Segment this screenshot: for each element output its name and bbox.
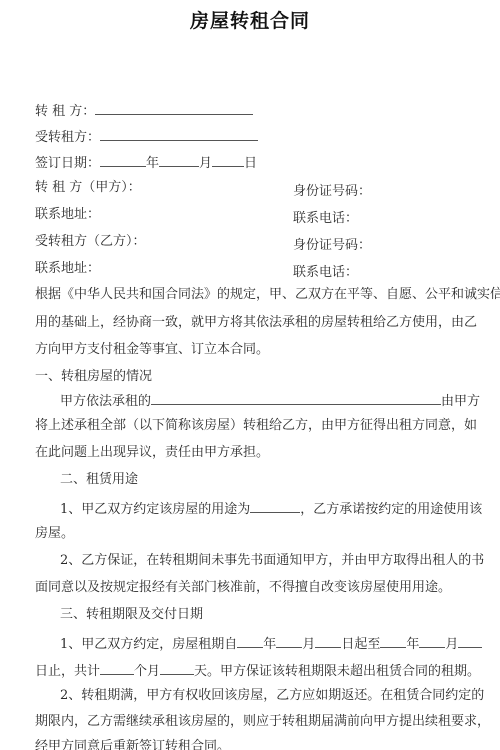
section-1-heading: 一、转租房屋的情况 — [35, 369, 152, 385]
party-b-id-label: 身份证号码： — [293, 234, 371, 253]
section-1-line-2: 将上述承租全部（以下简称该房屋）转租给乙方，由甲方征得出租方同意，如 — [35, 418, 477, 434]
section-2-heading: 二、租赁用途 — [60, 472, 138, 488]
section-3-item-1-line-2: 日止，共计个月天。甲方保证该转租期限未超出租赁合同的租期。 — [35, 661, 480, 680]
month-label: 月 — [302, 637, 315, 652]
start-day-blank[interactable] — [315, 634, 341, 648]
section-2-item-2-line-2: 面同意以及按规定报经有关部门核准前，不得擅自改变该房屋使用用途。 — [35, 580, 451, 596]
sublessee-label: 受转租方： — [35, 130, 100, 145]
use-blank[interactable] — [250, 499, 300, 513]
end-year-blank[interactable] — [380, 634, 406, 648]
sign-date-field: 签订日期：年月日 — [35, 153, 257, 172]
month-label: 月 — [199, 156, 212, 171]
preamble-line-1: 根据《中华人民共和国合同法》的规定，甲、乙双方在平等、自愿、公平和诚实信 — [35, 287, 500, 303]
section-1-line-1: 甲方依法承租的由甲方 — [60, 391, 480, 410]
month-label: 月 — [445, 637, 458, 652]
section-3-item-2-line-2: 期限内，乙方需继续承租该房屋的，则应于转租期届满前向甲方提出续租要求， — [35, 714, 490, 730]
sign-date-label: 签订日期： — [35, 156, 100, 171]
preamble-line-2: 用的基础上，经协商一致，就甲方将其依法承租的房屋转租给乙方使用，由乙 — [35, 315, 477, 331]
day-from-label: 日起至 — [341, 637, 380, 652]
sublessee-blank[interactable] — [100, 127, 258, 141]
term-prefix: 1、甲乙双方约定，房屋租期自 — [60, 637, 237, 652]
days-label: 天。甲方保证该转租期限未超出租赁合同的租期。 — [194, 664, 480, 679]
party-a-label: 转 租 方（甲方）： — [35, 180, 141, 196]
party-a-id-label: 身份证号码： — [293, 180, 371, 199]
sign-day-blank[interactable] — [212, 153, 244, 167]
sublessee-field: 受转租方： — [35, 127, 258, 146]
sublessor-label: 转 租 方： — [35, 104, 95, 119]
start-month-blank[interactable] — [276, 634, 302, 648]
days-blank[interactable] — [160, 661, 194, 675]
start-year-blank[interactable] — [237, 634, 263, 648]
section-3-heading: 三、转租期限及交付日期 — [60, 607, 203, 623]
section-2-item-1-line-2: 房屋。 — [35, 526, 74, 542]
section-2-item-1: 1、甲乙双方约定该房屋的用途为，乙方承诺按约定的用途使用该 — [60, 499, 482, 518]
section-2-item-2-line-1: 2、乙方保证，在转租期间未事先书面通知甲方，并由甲方取得出租人的书 — [60, 553, 484, 569]
party-a-phone-label: 联系电话： — [293, 207, 358, 226]
party-b-address-label: 联系地址： — [35, 261, 100, 277]
section-3-item-1-line-1: 1、甲乙双方约定，房屋租期自年月日起至年月 — [60, 634, 482, 653]
use-suffix: ，乙方承诺按约定的用途使用该 — [300, 502, 482, 517]
sign-month-blank[interactable] — [159, 153, 199, 167]
months-blank[interactable] — [100, 661, 134, 675]
preamble-line-3: 方向甲方支付租金等事宜、订立本合同。 — [35, 342, 269, 358]
party-b-phone-label: 联系电话： — [293, 261, 358, 280]
section-3-item-2-line-1: 2、转租期满，甲方有权收回该房屋，乙方应如期返还。在租赁合同约定的 — [60, 688, 484, 704]
party-b-label: 受转租方（乙方）： — [35, 234, 146, 250]
party-a-address-label: 联系地址： — [35, 207, 100, 223]
sublessor-field: 转 租 方： — [35, 101, 253, 120]
total-prefix: 日止，共计 — [35, 664, 100, 679]
year-label: 年 — [406, 637, 419, 652]
day-label: 日 — [244, 156, 257, 171]
end-day-blank[interactable] — [458, 634, 482, 648]
section-1-line-3: 在此问题上出现异议，责任由甲方承担。 — [35, 445, 269, 461]
year-label: 年 — [146, 156, 159, 171]
sign-year-blank[interactable] — [100, 153, 146, 167]
document-title: 房屋转租合同 — [0, 6, 500, 33]
use-prefix: 1、甲乙双方约定该房屋的用途为 — [60, 502, 250, 517]
year-label: 年 — [263, 637, 276, 652]
sublessor-blank[interactable] — [95, 101, 253, 115]
premises-blank[interactable] — [151, 391, 441, 405]
end-month-blank[interactable] — [419, 634, 445, 648]
premises-suffix: 由甲方 — [441, 394, 480, 409]
premises-prefix: 甲方依法承租的 — [60, 394, 151, 409]
months-label: 个月 — [134, 664, 160, 679]
section-3-item-2-line-3: 经甲方同意后重新签订转租合同。 — [35, 739, 230, 750]
